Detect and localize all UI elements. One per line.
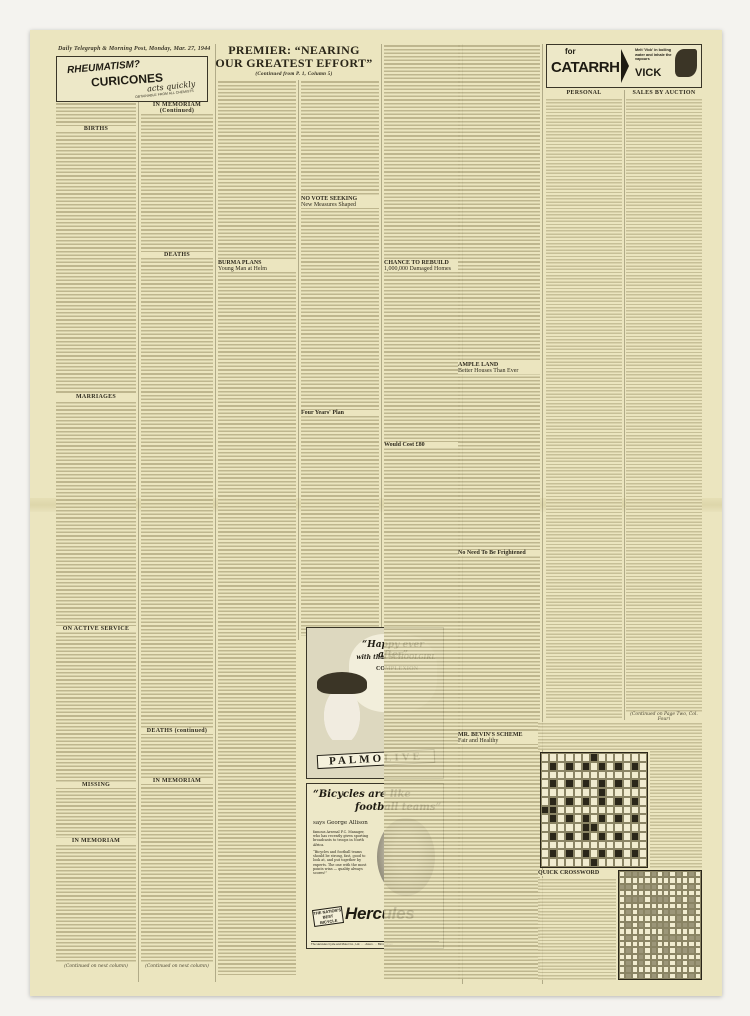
crossword-cell[interactable] (598, 771, 606, 780)
crossword-cell[interactable] (541, 849, 549, 858)
crossword-cell[interactable] (598, 762, 606, 771)
heading-chance-to-rebuild: CHANCE TO REBUILD 1,000,000 Damaged Home… (384, 260, 460, 272)
crossword-cell[interactable] (557, 753, 565, 762)
crossword-cell[interactable] (623, 762, 631, 771)
section-deaths: DEATHS (141, 252, 213, 258)
crossword-cell[interactable] (623, 788, 631, 797)
crossword-cell[interactable] (606, 841, 614, 850)
crossword-cell[interactable] (565, 823, 573, 832)
crossword-cell[interactable] (557, 771, 565, 780)
crossword-cell[interactable] (631, 753, 639, 762)
crossword-cell[interactable] (639, 823, 647, 832)
crossword-clues-right (650, 750, 702, 868)
section-marriages: MARRIAGES (56, 394, 136, 400)
crossword-cell[interactable] (574, 806, 582, 815)
hercules-stamp: THE NATION'S BEST BICYCLE (312, 906, 344, 927)
crossword-cell[interactable] (614, 788, 622, 797)
crossword-cell[interactable] (574, 762, 582, 771)
crossword-cell[interactable] (590, 823, 598, 832)
crossword-cell[interactable] (598, 832, 606, 841)
crossword-cell[interactable] (631, 849, 639, 858)
vick-catarrh-ad: for CATARRH Melt 'Vick' in boiling water… (546, 44, 702, 88)
crossword-cell[interactable] (614, 832, 622, 841)
crossword-cell[interactable] (549, 788, 557, 797)
crossword-cell[interactable] (623, 858, 631, 867)
crossword-cell[interactable] (541, 771, 549, 780)
crossword-cell[interactable] (582, 849, 590, 858)
crossword-cell[interactable] (590, 832, 598, 841)
hercules-says: says George Allison (313, 820, 368, 826)
crossword-cell[interactable] (557, 841, 565, 850)
section-on-active-service: ON ACTIVE SERVICE (56, 626, 136, 632)
hercules-body2: “Bicycles and football teams should be s… (313, 850, 371, 875)
crossword-cell[interactable] (549, 832, 557, 841)
crossword-grid[interactable] (540, 752, 648, 868)
crossword-cell[interactable] (565, 849, 573, 858)
crossword-cell[interactable] (598, 753, 606, 762)
crossword-cell[interactable] (631, 762, 639, 771)
section-sales-by-auction: SALES BY AUCTION (626, 90, 702, 96)
crossword-cell[interactable] (557, 806, 565, 815)
crossword-cell[interactable] (541, 823, 549, 832)
crossword-cell[interactable] (541, 762, 549, 771)
crossword-cell[interactable] (614, 841, 622, 850)
crossword-cell[interactable] (549, 823, 557, 832)
crossword-cell[interactable] (606, 823, 614, 832)
crossword-cell[interactable] (590, 797, 598, 806)
crossword-cell[interactable] (574, 832, 582, 841)
masthead: Daily Telegraph & Morning Post, Monday, … (58, 46, 211, 52)
crossword-cell[interactable] (614, 762, 622, 771)
crossword-cell[interactable] (549, 806, 557, 815)
crossword-cell[interactable] (590, 841, 598, 850)
crossword-cell[interactable] (557, 779, 565, 788)
crossword-cell[interactable] (598, 858, 606, 867)
crossword-cell[interactable] (614, 779, 622, 788)
crossword-cell[interactable] (557, 858, 565, 867)
crossword-cell[interactable] (606, 788, 614, 797)
crossword-cell[interactable] (614, 823, 622, 832)
section-personal: PERSONAL (546, 90, 622, 96)
crossword-cell[interactable] (582, 858, 590, 867)
column-7: PERSONAL (546, 90, 622, 720)
crossword-cell[interactable] (598, 823, 606, 832)
vick-instructions: Melt 'Vick' in boiling water and inhale … (635, 48, 679, 62)
crossword-clues (538, 722, 702, 752)
crossword-cell[interactable] (631, 806, 639, 815)
crossword-cell[interactable] (623, 849, 631, 858)
crossword-cell[interactable] (565, 797, 573, 806)
crossword-cell[interactable] (639, 779, 647, 788)
crossword-cell[interactable] (590, 814, 598, 823)
section-in-memoriam-2: IN MEMORIAM (141, 778, 213, 784)
crossword-cell[interactable] (541, 788, 549, 797)
headline-title: PREMIER: “NEARING OUR GREATEST EFFORT” (215, 43, 372, 70)
crossword-cell[interactable] (549, 849, 557, 858)
col2-continued: (Continued on next column) (141, 964, 213, 969)
quick-crossword-grid[interactable] (618, 870, 702, 980)
column-2: IN MEMORIAM (Continued) DEATHS DEATHS (c… (141, 102, 213, 982)
crossword-cell[interactable] (565, 832, 573, 841)
crossword-cell[interactable] (549, 753, 557, 762)
crossword-cell[interactable] (574, 858, 582, 867)
crossword-cell[interactable] (565, 806, 573, 815)
crossword-cell[interactable] (590, 753, 598, 762)
crossword-cell[interactable] (695, 973, 701, 979)
crossword-cell[interactable] (565, 788, 573, 797)
column-6: AMPLE LAND Better Houses Than Ever No Ne… (458, 44, 540, 984)
crossword-cell[interactable] (639, 771, 647, 780)
crossword-cell[interactable] (590, 779, 598, 788)
crossword-cell[interactable] (623, 771, 631, 780)
crossword-cell[interactable] (606, 797, 614, 806)
crossword-cell[interactable] (582, 823, 590, 832)
crossword-cell[interactable] (574, 814, 582, 823)
crossword-cell[interactable] (639, 797, 647, 806)
curicones-ad: RHEUMATISM? CURICONES acts quickly OBTAI… (56, 56, 208, 102)
crossword-cell[interactable] (639, 858, 647, 867)
crossword-cell[interactable] (549, 771, 557, 780)
crossword-cell[interactable] (631, 797, 639, 806)
crossword-cell[interactable] (614, 806, 622, 815)
crossword-cell[interactable] (557, 823, 565, 832)
crossword-cell[interactable] (582, 797, 590, 806)
crossword-cell[interactable] (574, 788, 582, 797)
heading-mr-bevins-scheme: MR. BEVIN'S SCHEME Fair and Healthy (458, 732, 540, 744)
crossword-cell[interactable] (598, 779, 606, 788)
crossword-cell[interactable] (598, 849, 606, 858)
crossword-cell[interactable] (565, 753, 573, 762)
crossword-cell[interactable] (549, 762, 557, 771)
section-missing: MISSING (56, 782, 136, 788)
newspaper-page: Daily Telegraph & Morning Post, Monday, … (30, 30, 722, 996)
crossword-cell[interactable] (582, 753, 590, 762)
crossword-cell[interactable] (639, 806, 647, 815)
crossword-cell[interactable] (549, 797, 557, 806)
steaming-bowl-illustration (675, 49, 697, 77)
crossword-cell[interactable] (623, 823, 631, 832)
crossword-cell[interactable] (590, 762, 598, 771)
crossword-cell[interactable] (631, 771, 639, 780)
heading-would-cost: Would Cost £80 (384, 442, 460, 448)
crossword-cell[interactable] (606, 762, 614, 771)
crossword-cell[interactable] (582, 762, 590, 771)
crossword-cell[interactable] (549, 779, 557, 788)
crossword-cell[interactable] (606, 771, 614, 780)
crossword-cell[interactable] (574, 779, 582, 788)
crossword-cell[interactable] (606, 832, 614, 841)
crossword-cell[interactable] (623, 832, 631, 841)
crossword-cell[interactable] (606, 858, 614, 867)
crossword-cell[interactable] (582, 814, 590, 823)
crossword-cell[interactable] (582, 832, 590, 841)
quick-crossword-title: QUICK CROSSWORD (538, 870, 616, 876)
crossword-cell[interactable] (582, 771, 590, 780)
crossword-cell[interactable] (623, 753, 631, 762)
crossword-cell[interactable] (590, 806, 598, 815)
crossword-cell[interactable] (631, 832, 639, 841)
crossword-cell[interactable] (582, 788, 590, 797)
crossword-cell[interactable] (541, 753, 549, 762)
crossword-cell[interactable] (549, 858, 557, 867)
crossword-cell[interactable] (598, 797, 606, 806)
crossword-cell[interactable] (590, 858, 598, 867)
crossword-cell[interactable] (565, 762, 573, 771)
crossword-cell[interactable] (606, 849, 614, 858)
crossword-cell[interactable] (541, 858, 549, 867)
crossword-cell[interactable] (614, 771, 622, 780)
column-4: NO VOTE SEEKING New Measures Shaped Four… (301, 80, 379, 640)
crossword-cell[interactable] (623, 806, 631, 815)
crossword-cell[interactable] (565, 841, 573, 850)
crossword-cell[interactable] (614, 849, 622, 858)
crossword-cell[interactable] (639, 753, 647, 762)
hercules-body1: famous Arsenal F.C. Manager, who has rec… (313, 830, 371, 847)
crossword-cell[interactable] (565, 771, 573, 780)
crossword-cell[interactable] (557, 762, 565, 771)
column-3: BURMA PLANS Young Man at Helm (218, 80, 296, 980)
crossword-cell[interactable] (565, 858, 573, 867)
crossword-cell[interactable] (598, 806, 606, 815)
section-in-memoriam: IN MEMORIAM (56, 838, 136, 844)
quick-crossword-clues: QUICK CROSSWORD (538, 870, 616, 982)
crossword-cell[interactable] (541, 779, 549, 788)
crossword-cell[interactable] (623, 814, 631, 823)
column-1: BIRTHS MARRIAGES ON ACTIVE SERVICE MISSI… (56, 102, 136, 982)
crossword-cell[interactable] (631, 841, 639, 850)
crossword-cell[interactable] (541, 797, 549, 806)
crossword-cell[interactable] (631, 858, 639, 867)
crossword-cell[interactable] (541, 841, 549, 850)
headline-continued-note: (Continued from P. 1, Column 5) (214, 71, 374, 79)
crossword-cell[interactable] (639, 788, 647, 797)
section-in-memoriam-continued: IN MEMORIAM (Continued) (141, 102, 213, 114)
crossword-cell[interactable] (565, 814, 573, 823)
crossword-cell[interactable] (574, 841, 582, 850)
heading-no-need-to-be-frightened: No Need To Be Frightened (458, 550, 540, 556)
crossword-cell[interactable] (631, 823, 639, 832)
col8-continued: (Continued on Page Two, Col. Four) (626, 712, 702, 720)
heading-four-years-plan: Four Years' Plan (301, 410, 379, 416)
crossword-cell[interactable] (639, 832, 647, 841)
heading-burma-plans: BURMA PLANS Young Man at Helm (218, 260, 296, 272)
crossword-cell[interactable] (606, 806, 614, 815)
heading-ample-land: AMPLE LAND Better Houses Than Ever (458, 362, 540, 374)
crossword-cell[interactable] (557, 849, 565, 858)
crossword-cell[interactable] (623, 797, 631, 806)
column-5: CHANCE TO REBUILD 1,000,000 Damaged Home… (384, 44, 460, 984)
crossword-cell[interactable] (541, 806, 549, 815)
crossword-cell[interactable] (614, 814, 622, 823)
vick-catarrh: CATARRH (551, 59, 619, 76)
vick-for: for (565, 47, 576, 56)
crossword-cell[interactable] (574, 823, 582, 832)
crossword-cell[interactable] (631, 814, 639, 823)
heading-no-vote-seeking: NO VOTE SEEKING New Measures Shaped (301, 196, 379, 208)
crossword-cell[interactable] (614, 753, 622, 762)
crossword-cell[interactable] (614, 858, 622, 867)
crossword-cell[interactable] (582, 779, 590, 788)
crossword-cell[interactable] (590, 849, 598, 858)
crossword-cell[interactable] (574, 849, 582, 858)
crossword-cell[interactable] (631, 788, 639, 797)
crossword-cell[interactable] (606, 814, 614, 823)
crossword-cell[interactable] (639, 814, 647, 823)
crossword-cell[interactable] (574, 797, 582, 806)
section-deaths-continued: DEATHS (continued) (141, 728, 213, 734)
crossword-cell[interactable] (639, 841, 647, 850)
crossword-cell[interactable] (557, 797, 565, 806)
crossword-cell[interactable] (598, 814, 606, 823)
crossword-cell[interactable] (557, 832, 565, 841)
crossword-cell[interactable] (541, 832, 549, 841)
crossword-cell[interactable] (574, 753, 582, 762)
crossword-cell[interactable] (549, 814, 557, 823)
col1-continued: (Continued on next column) (56, 964, 136, 969)
crossword-cell[interactable] (590, 788, 598, 797)
crossword-cell[interactable] (639, 849, 647, 858)
crossword-cell[interactable] (598, 788, 606, 797)
column-8: SALES BY AUCTION (Continued on Page Two,… (626, 90, 702, 720)
crossword-cell[interactable] (606, 753, 614, 762)
crossword-cell[interactable] (565, 779, 573, 788)
crossword-cell[interactable] (557, 788, 565, 797)
main-headline: PREMIER: “NEARING OUR GREATEST EFFORT” (… (214, 44, 374, 79)
vick-brand: VICK (635, 67, 661, 79)
crossword-cell[interactable] (623, 841, 631, 850)
crossword-cell[interactable] (557, 814, 565, 823)
crossword-cell[interactable] (574, 771, 582, 780)
crossword-cell[interactable] (606, 779, 614, 788)
crossword-cell[interactable] (590, 771, 598, 780)
crossword-cell[interactable] (582, 806, 590, 815)
crossword-cell[interactable] (614, 797, 622, 806)
crossword-cell[interactable] (541, 814, 549, 823)
section-births: BIRTHS (56, 126, 136, 132)
crossword-cell[interactable] (598, 841, 606, 850)
crossword-cell[interactable] (623, 779, 631, 788)
crossword-cell[interactable] (549, 841, 557, 850)
crossword-cell[interactable] (631, 779, 639, 788)
crossword-cell[interactable] (582, 841, 590, 850)
crossword-cell[interactable] (639, 762, 647, 771)
